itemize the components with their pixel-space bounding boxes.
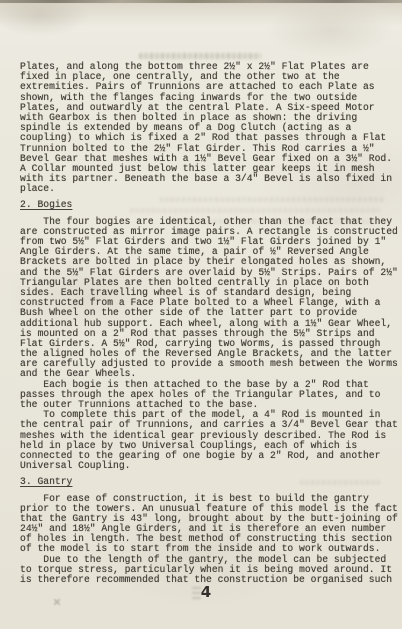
paragraph: For ease of construction, it is best to … [20, 494, 400, 586]
text-line: Bush Wheel on the other side of the latt… [20, 308, 400, 318]
paragraph: To complete this part of the model, a 4"… [20, 410, 400, 471]
paragraph: The four bogies are identical, other tha… [20, 217, 400, 380]
document-page: Plates, and along the bottom three 2½" x… [0, 0, 402, 629]
section-heading: 3. Gantry [20, 477, 400, 487]
text-line: coupling) to which is fixed a 2" Rod tha… [20, 133, 400, 143]
page-number: 4 [10, 583, 402, 601]
paragraph: Each bogie is then attached to the base … [20, 380, 400, 411]
scan-edge-strip [0, 0, 402, 3]
section-heading-text: 2. Bogies [20, 199, 72, 210]
text-line: with its partner. Beneath the base a 3/4… [20, 174, 400, 184]
section-heading-text: 3. Gantry [20, 476, 72, 487]
section-heading: 2. Bogies [20, 200, 400, 210]
text-line: Universal Coupling. [20, 461, 400, 471]
document-body: Plates, and along the bottom three 2½" x… [20, 62, 400, 585]
paragraph: Plates, and along the bottom three 2½" x… [20, 62, 400, 194]
showthrough-smudge [139, 53, 261, 59]
text-line: place. [20, 184, 400, 194]
